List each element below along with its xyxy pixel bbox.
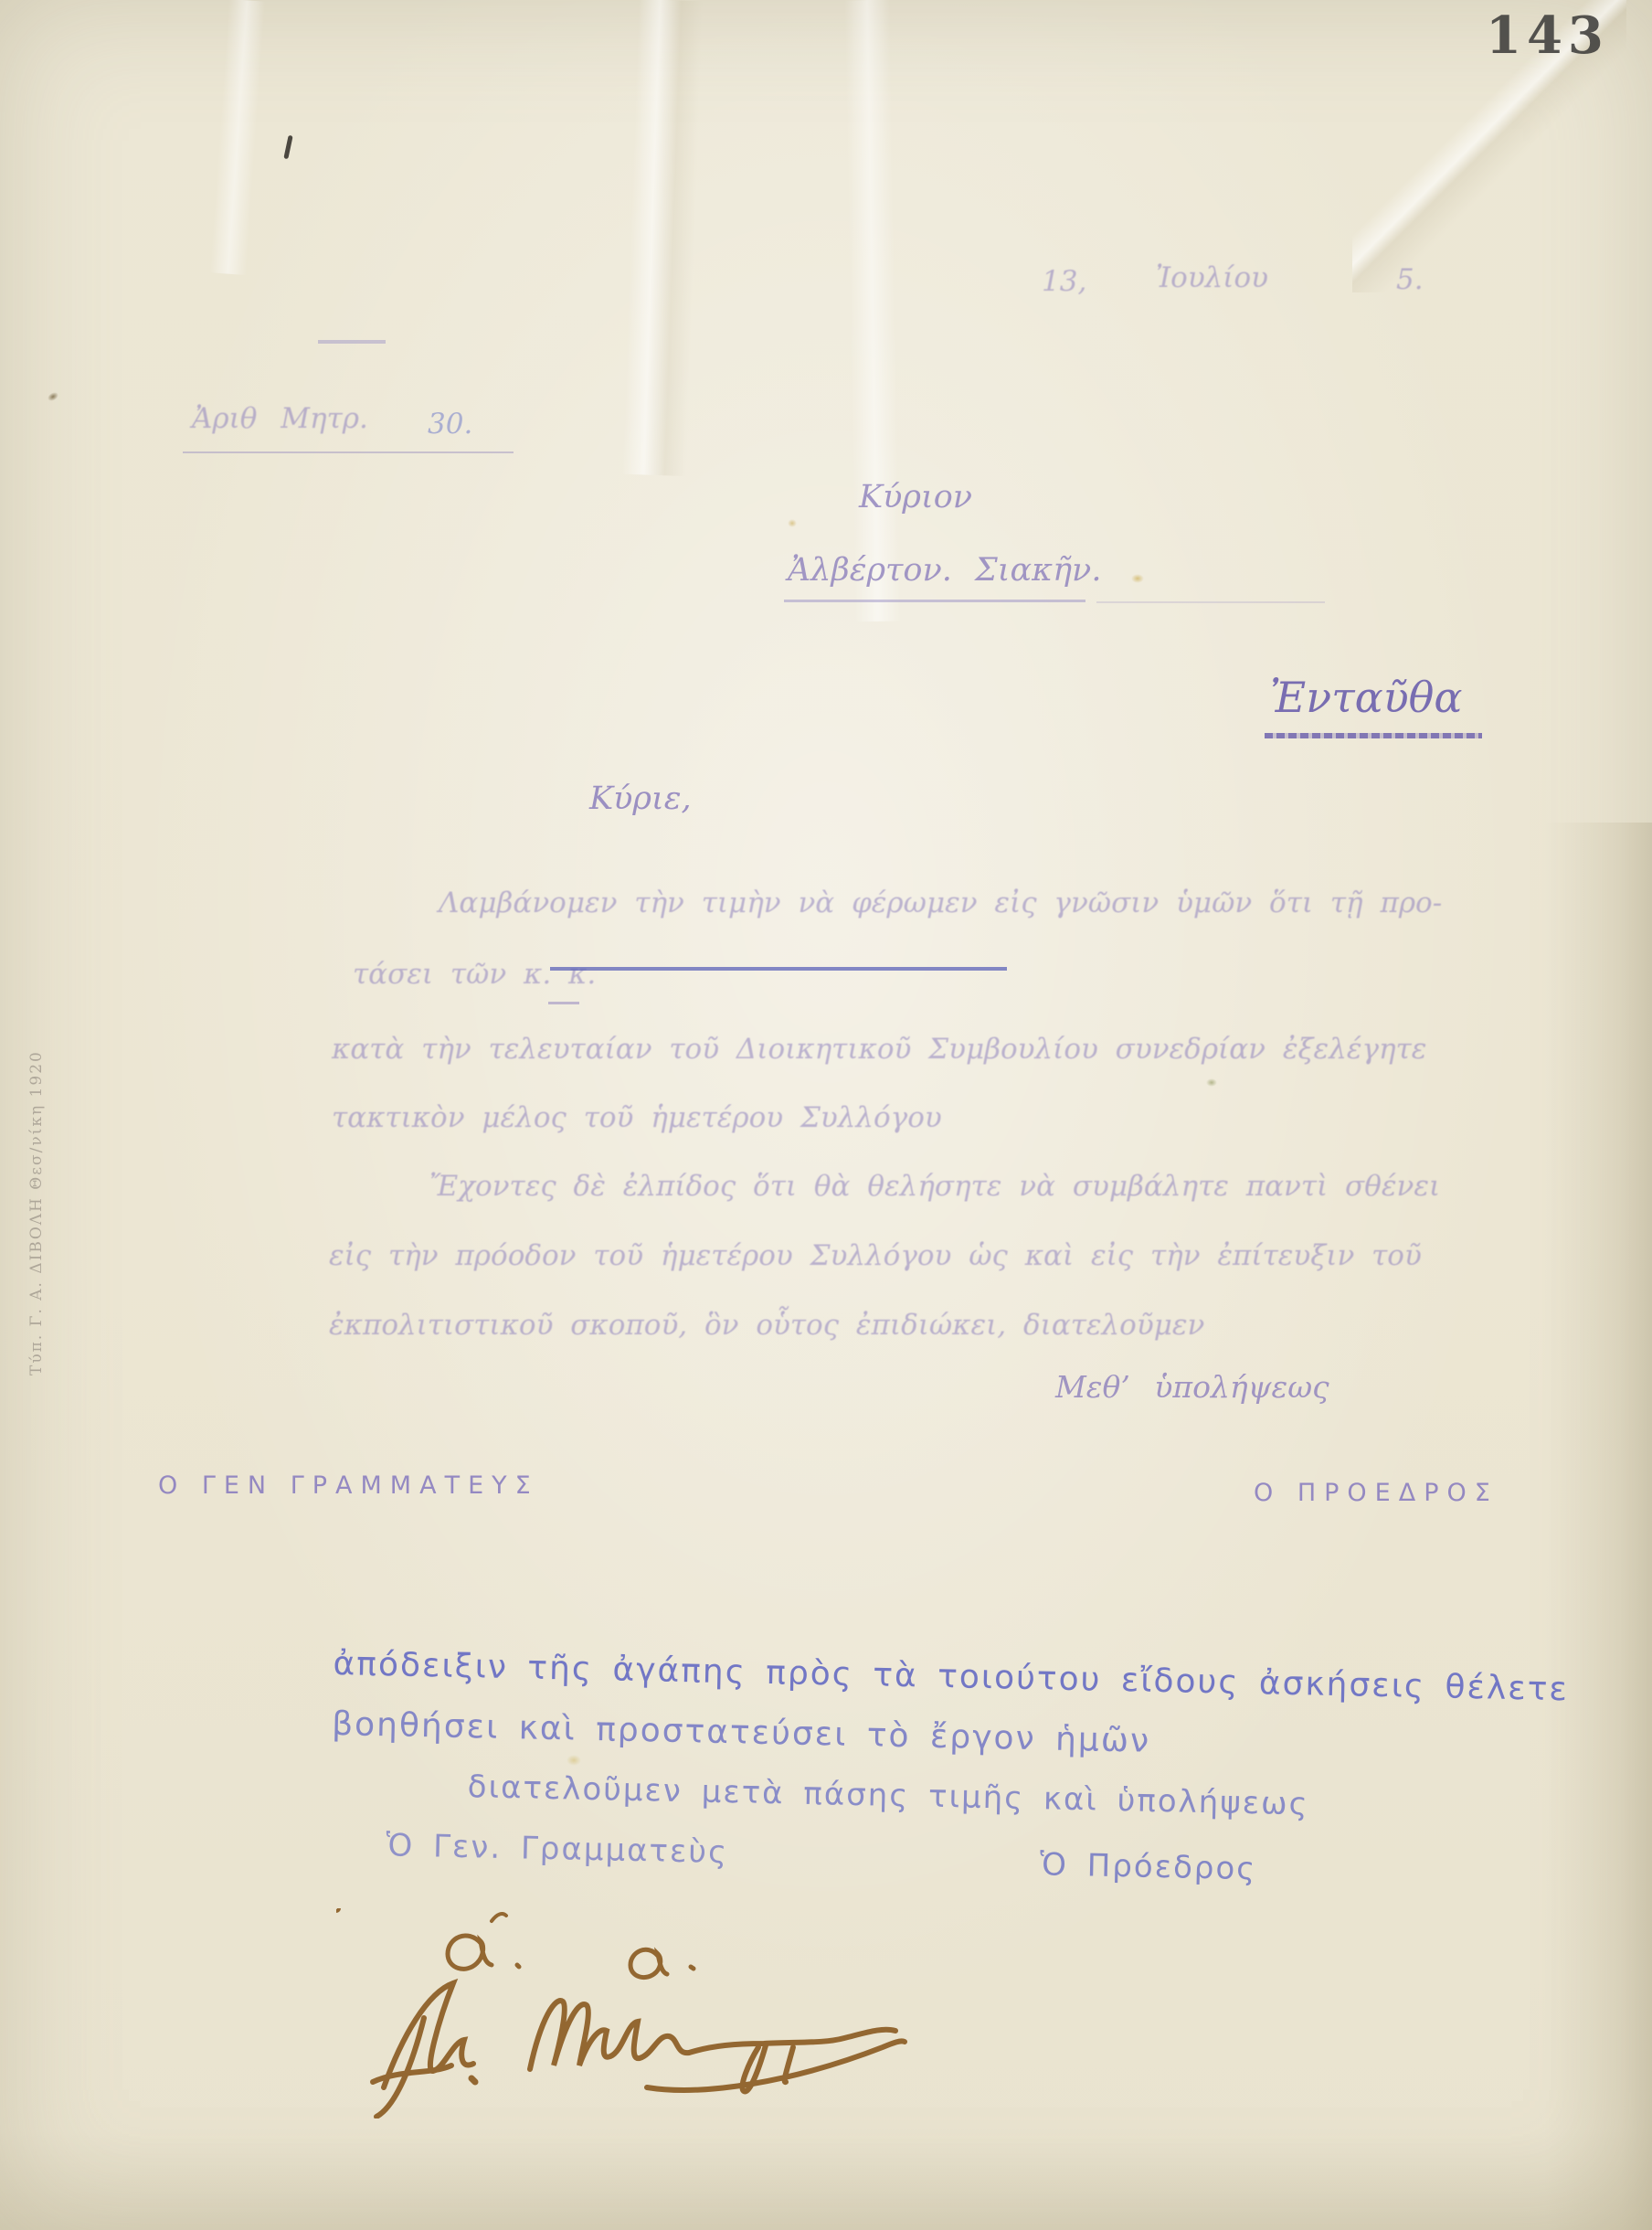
addendum-line: ἀπόδειξιν τῆς ἀγάπης πρὸς τὰ τοιούτου εἴ… bbox=[333, 1645, 1569, 1708]
handwritten-signature bbox=[336, 1908, 921, 2118]
recipient-underline-faded bbox=[1096, 601, 1325, 603]
secretary-title: Ο ΓΕΝ ΓΡΑΜΜΑΤΕΥΣ bbox=[158, 1471, 539, 1500]
date-day: 13, bbox=[1042, 265, 1086, 298]
salutation: Κύριε, bbox=[589, 780, 692, 817]
registry-number: 30. bbox=[428, 408, 472, 441]
registry-label: Ἀριθ Μητρ. bbox=[192, 402, 368, 435]
ink-speck bbox=[283, 135, 292, 159]
body-line: κατὰ τὴν τελευταίαν τοῦ Διοικητικοῦ Συμβ… bbox=[332, 1033, 1426, 1066]
paper-crease bbox=[0, 2129, 1652, 2230]
page-number: 143 bbox=[1486, 5, 1609, 66]
body-line: Ἔχοντες δὲ ἐλπίδος ὅτι θὰ θελήσητε νὰ συ… bbox=[429, 1170, 1440, 1203]
addendum-line: βοηθήσει καὶ προστατεύσει τὸ ἔργον ἡμῶν bbox=[332, 1705, 1151, 1760]
foxing-stain bbox=[788, 519, 797, 527]
paper-crease bbox=[1544, 823, 1652, 2230]
foxing-stain bbox=[1206, 1078, 1217, 1087]
date-month: Ἰουλίου bbox=[1156, 261, 1268, 294]
paper-crease bbox=[844, 0, 901, 621]
blank-name-underline bbox=[550, 967, 1007, 971]
president-title: Ο ΠΡΟΕΔΡΟΣ bbox=[1254, 1479, 1498, 1507]
body-line: εἰς τὴν πρόοδον τοῦ ἡμετέρου Συλλόγου ὡς… bbox=[329, 1239, 1422, 1272]
body-line: Λαμβάνομεν τὴν τιμὴν νὰ φέρωμεν εἰς γνῶσ… bbox=[439, 887, 1442, 919]
ink-dash-small bbox=[548, 1002, 579, 1004]
addendum-president-title: Ὁ Πρόεδρος bbox=[1040, 1846, 1257, 1887]
recipient-underline bbox=[784, 600, 1085, 602]
recipient-name: Ἀλβέρτον. Σιακῆν. bbox=[788, 552, 1101, 589]
location-underline bbox=[1265, 733, 1482, 738]
paper-crease bbox=[210, 0, 266, 275]
ink-fleck bbox=[47, 391, 59, 403]
body-line: ἐκπολιτιστικοῦ σκοποῦ, ὃν οὗτος ἐπιδιώκε… bbox=[329, 1309, 1204, 1342]
scanned-letter-page: 143 13, Ἰουλίου 5. Ἀριθ Μητρ. 30. Κύριον… bbox=[0, 0, 1652, 2230]
date-year: 5. bbox=[1396, 263, 1424, 296]
body-line: τάσει τῶν κ. κ. bbox=[353, 958, 596, 991]
addendum-line: διατελοῦμεν μετὰ πάσης τιμῆς καὶ ὑπολήψε… bbox=[467, 1768, 1309, 1822]
recipient-location: Ἐνταῦθα bbox=[1270, 673, 1462, 722]
addendum-secretary-title: Ὁ Γεν. Γραμματεὺς bbox=[386, 1827, 728, 1871]
printer-imprint: Τύπ. Γ. Α. ΔΙΒΟΛΗ Θεσ/νίκη 1920 bbox=[27, 982, 58, 1375]
registry-underline bbox=[183, 451, 514, 453]
paper-crease bbox=[622, 0, 703, 476]
recipient-title: Κύριον bbox=[859, 479, 972, 515]
valediction: Μεθ’ ὑπολήψεως bbox=[1055, 1369, 1329, 1405]
foxing-stain bbox=[567, 1755, 581, 1766]
body-line: τακτικὸν μέλος τοῦ ἡμετέρου Συλλόγου bbox=[332, 1101, 942, 1134]
foxing-stain bbox=[1131, 574, 1144, 583]
ink-dash bbox=[318, 340, 386, 344]
